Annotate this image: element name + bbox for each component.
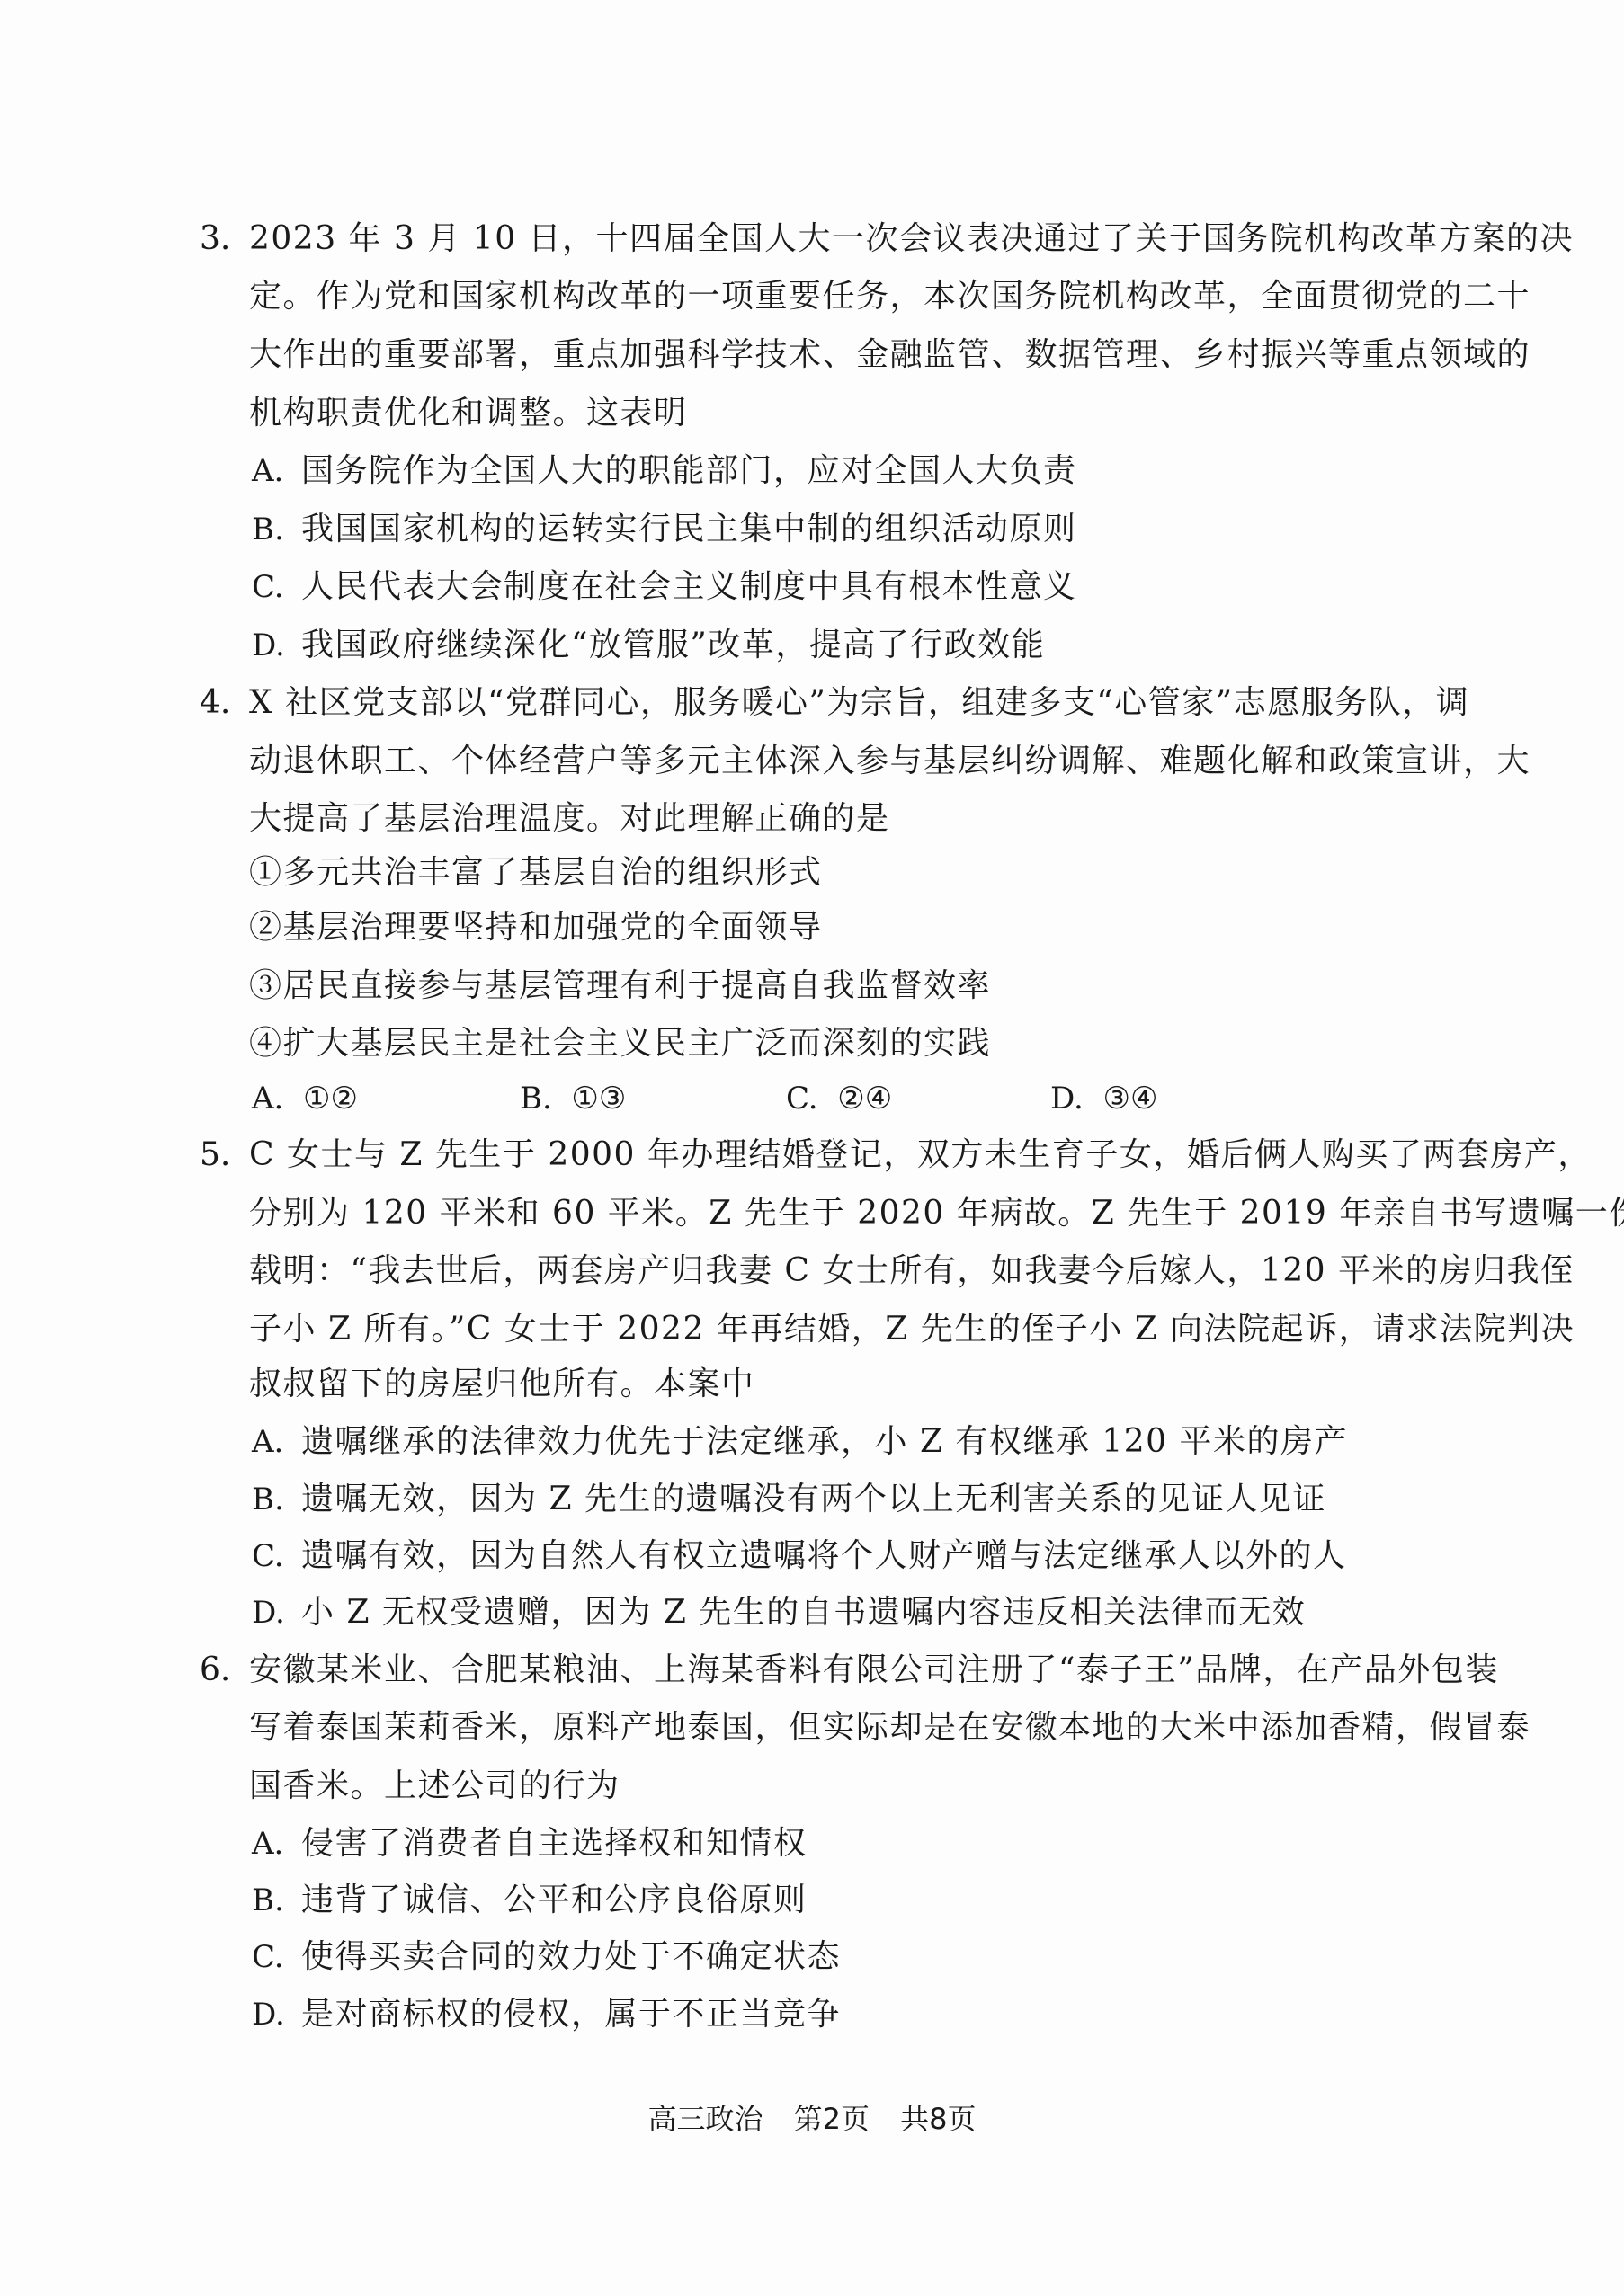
statement-4: ④扩大基层民主是社会主义民主广泛而深刻的实践 bbox=[249, 1021, 991, 1066]
question-stem-line: 写着泰国茉莉香米，原料产地泰国，但实际却是在安徽本地的大米中添加香精，假冒泰 bbox=[249, 1705, 1443, 1750]
option-letter: C. bbox=[252, 565, 284, 610]
statement-1: ①多元共治丰富了基层自治的组织形式 bbox=[249, 850, 823, 895]
statement-3: ③居民直接参与基层管理有利于提高自我监督效率 bbox=[249, 964, 991, 1009]
option-letter: A. bbox=[252, 1419, 283, 1464]
page-footer: 高三政治 第2页 共8页 bbox=[0, 2099, 1624, 2139]
option-letter: D. bbox=[252, 1992, 285, 2037]
question-number: 6. bbox=[200, 1648, 230, 1693]
option-d-text: 是对商标权的侵权，属于不正当竞争 bbox=[301, 1992, 841, 2037]
option-letter: C. bbox=[252, 1534, 284, 1579]
option-letter: B. bbox=[252, 1477, 284, 1522]
option-letter: A. bbox=[252, 1821, 283, 1866]
statement-2: ②基层治理要坚持和加强党的全面领导 bbox=[249, 905, 823, 950]
question-stem-line: 子小 Z 所有。”C 女士于 2022 年再结婚，Z 先生的侄子小 Z 向法院起… bbox=[249, 1307, 1443, 1352]
question-stem-line: 大作出的重要部署，重点加强科学技术、金融监管、数据管理、乡村振兴等重点领域的 bbox=[249, 333, 1443, 378]
option-c-text: 使得买卖合同的效力处于不确定状态 bbox=[301, 1935, 841, 1980]
option-a-text: 国务院作为全国人大的职能部门，应对全国人大负责 bbox=[301, 449, 1077, 494]
option-d-text: 小 Z 无权受遗赠，因为 Z 先生的自书遗嘱内容违反相关法律而无效 bbox=[301, 1590, 1306, 1635]
option-b: B. ①③ bbox=[520, 1076, 626, 1121]
option-a: A. ①② bbox=[252, 1076, 358, 1121]
option-b-text: 遗嘱无效，因为 Z 先生的遗嘱没有两个以上无利害关系的见证人见证 bbox=[301, 1477, 1326, 1522]
question-stem-line: 叔叔留下的房屋归他所有。本案中 bbox=[249, 1362, 755, 1407]
question-stem-line: X 社区党支部以“党群同心，服务暖心”为宗旨，组建多支“心管家”志愿服务队，调 bbox=[249, 681, 1443, 725]
option-b-text: 我国国家机构的运转实行民主集中制的组织活动原则 bbox=[301, 507, 1077, 552]
option-c-text: 人民代表大会制度在社会主义制度中具有根本性意义 bbox=[301, 565, 1077, 610]
option-d-text: 我国政府继续深化“放管服”改革，提高了行政效能 bbox=[301, 623, 1045, 668]
question-stem-line: 动退休职工、个体经营户等多元主体深入参与基层纠纷调解、难题化解和政策宣讲，大 bbox=[249, 739, 1443, 784]
question-stem-line: 分别为 120 平米和 60 平米。Z 先生于 2020 年病故。Z 先生于 2… bbox=[249, 1191, 1454, 1236]
question-number: 3. bbox=[200, 217, 230, 262]
question-number: 5. bbox=[200, 1133, 230, 1178]
option-b-text: 违背了诚信、公平和公序良俗原则 bbox=[301, 1878, 808, 1923]
option-letter: D. bbox=[252, 1590, 285, 1635]
question-stem-line: 载明：“我去世后，两套房产归我妻 C 女士所有，如我妻今后嫁人，120 平米的房… bbox=[249, 1249, 1443, 1294]
question-stem-line: 2023 年 3 月 10 日，十四届全国人大一次会议表决通过了关于国务院机构改… bbox=[249, 217, 1443, 262]
option-c: C. ②④ bbox=[786, 1076, 892, 1121]
question-stem-line: 国香米。上述公司的行为 bbox=[249, 1764, 620, 1809]
exam-page: 3. 2023 年 3 月 10 日，十四届全国人大一次会议表决通过了关于国务院… bbox=[0, 0, 1624, 2296]
option-a-text: 遗嘱继承的法律效力优先于法定继承，小 Z 有权继承 120 平米的房产 bbox=[301, 1419, 1348, 1464]
question-stem-line: 定。作为党和国家机构改革的一项重要任务，本次国务院机构改革，全面贯彻党的二十 bbox=[249, 274, 1443, 319]
option-letter: B. bbox=[252, 507, 284, 552]
question-number: 4. bbox=[200, 681, 230, 725]
footer-total-pages: 共8页 bbox=[900, 2102, 976, 2136]
option-letter: A. bbox=[252, 449, 283, 494]
option-a-text: 侵害了消费者自主选择权和知情权 bbox=[301, 1821, 808, 1866]
question-stem-line: 机构职责优化和调整。这表明 bbox=[249, 391, 688, 436]
footer-subject: 高三政治 bbox=[647, 2102, 763, 2136]
option-letter: B. bbox=[252, 1878, 284, 1923]
option-d: D. ③④ bbox=[1050, 1076, 1157, 1121]
option-letter: C. bbox=[252, 1935, 284, 1980]
question-stem-line: 安徽某米业、合肥某粮油、上海某香料有限公司注册了“泰子王”品牌，在产品外包装 bbox=[249, 1648, 1443, 1693]
option-c-text: 遗嘱有效，因为自然人有权立遗嘱将个人财产赠与法定继承人以外的人 bbox=[301, 1534, 1347, 1579]
question-stem-line: 大提高了基层治理温度。对此理解正确的是 bbox=[249, 796, 890, 841]
option-letter: D. bbox=[252, 623, 285, 668]
question-stem-line: C 女士与 Z 先生于 2000 年办理结婚登记，双方未生育子女，婚后俩人购买了… bbox=[249, 1133, 1454, 1178]
footer-page-number: 第2页 bbox=[794, 2102, 870, 2136]
